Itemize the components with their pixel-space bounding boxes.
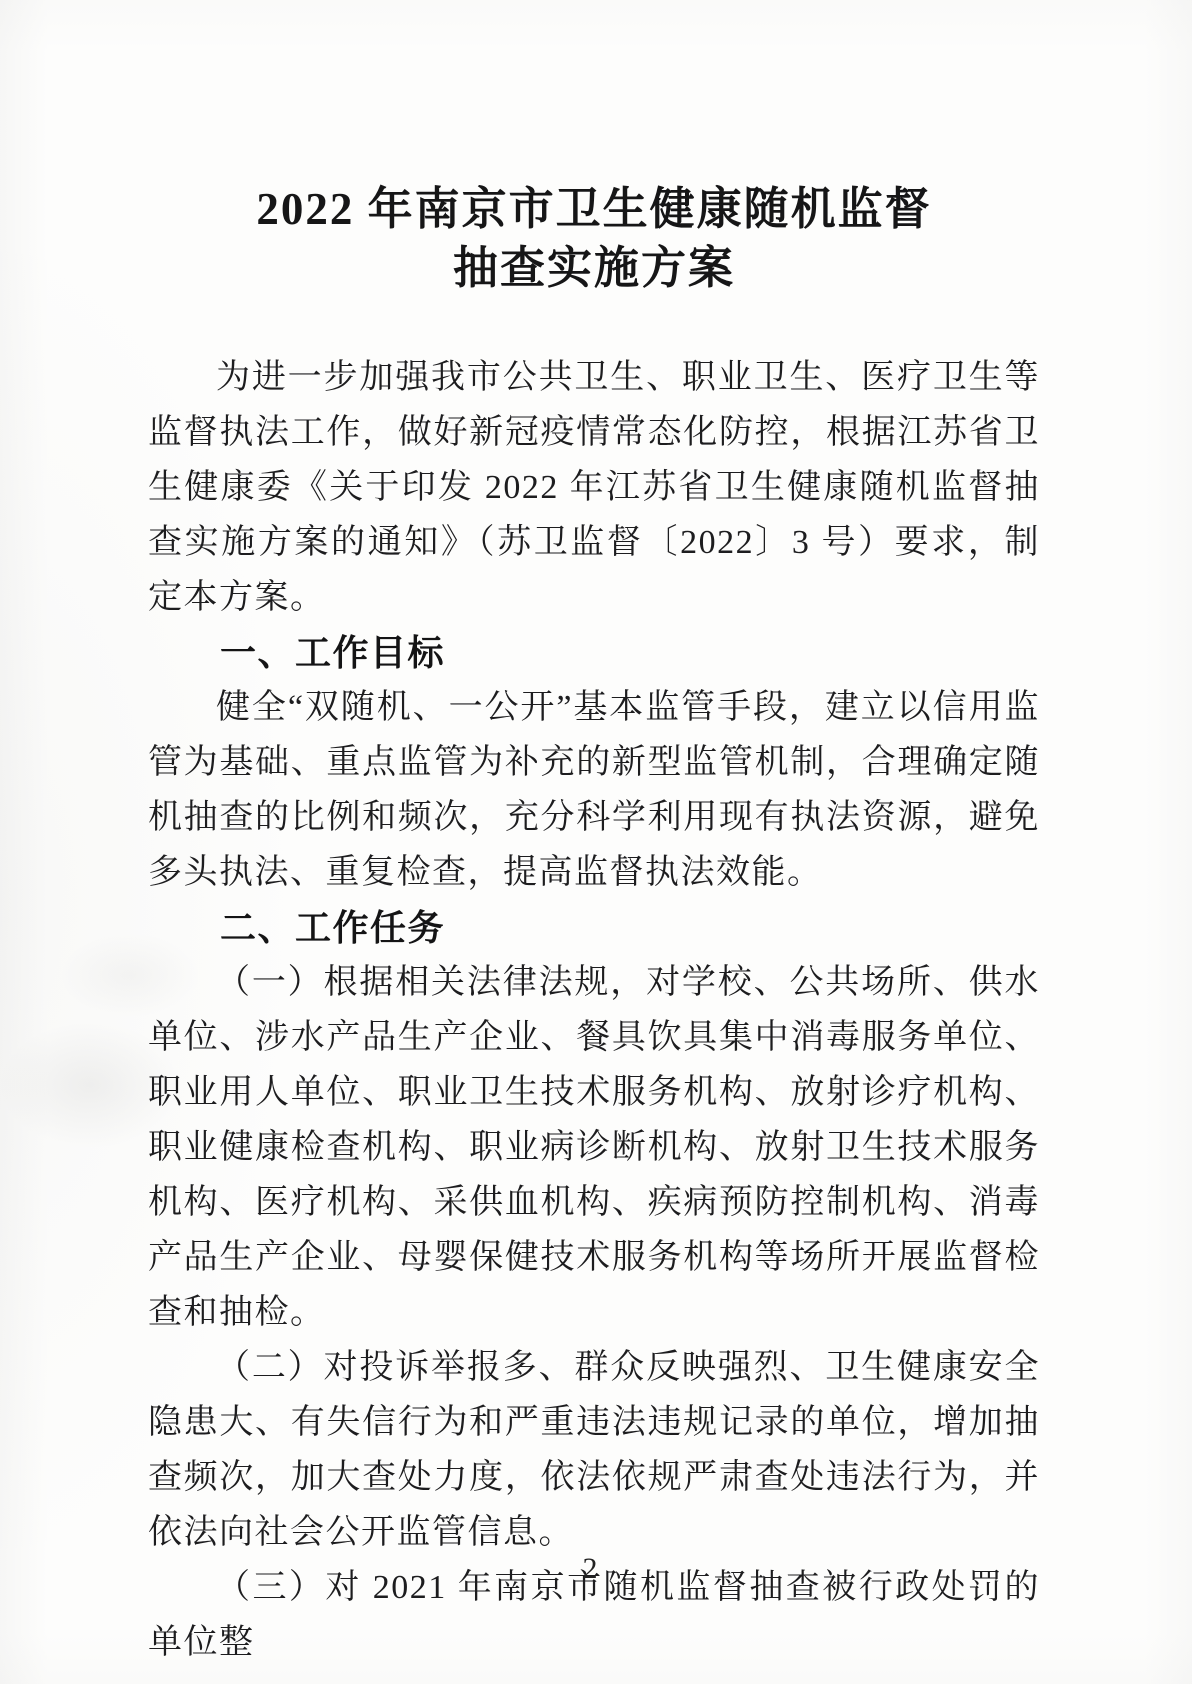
paragraph-intro: 为进一步加强我市公共卫生、职业卫生、医疗卫生等监督执法工作，做好新冠疫情常态化防…: [148, 350, 1040, 625]
document-body: 为进一步加强我市公共卫生、职业卫生、医疗卫生等监督执法工作，做好新冠疫情常态化防…: [148, 350, 1040, 1670]
section-heading-work-goals: 一、工作目标: [148, 625, 1040, 680]
document-title-line-2: 抽查实施方案: [148, 239, 1040, 298]
scanned-document-page: 2022 年南京市卫生健康随机监督 抽查实施方案 为进一步加强我市公共卫生、职业…: [0, 0, 1192, 1684]
document-title: 2022 年南京市卫生健康随机监督 抽查实施方案: [148, 180, 1040, 298]
document-title-line-1: 2022 年南京市卫生健康随机监督: [148, 180, 1040, 239]
paragraph-task-2: （二）对投诉举报多、群众反映强烈、卫生健康安全隐患大、有失信行为和严重违法违规记…: [148, 1340, 1040, 1560]
paragraph-task-1: （一）根据相关法律法规，对学校、公共场所、供水单位、涉水产品生产企业、餐具饮具集…: [148, 955, 1040, 1340]
page-number: 2: [0, 1552, 1180, 1586]
paragraph-work-goals: 健全“双随机、一公开”基本监管手段，建立以信用监管为基础、重点监管为补充的新型监…: [148, 680, 1040, 900]
document-content: 2022 年南京市卫生健康随机监督 抽查实施方案 为进一步加强我市公共卫生、职业…: [0, 0, 1192, 1670]
section-heading-work-tasks: 二、工作任务: [148, 900, 1040, 955]
